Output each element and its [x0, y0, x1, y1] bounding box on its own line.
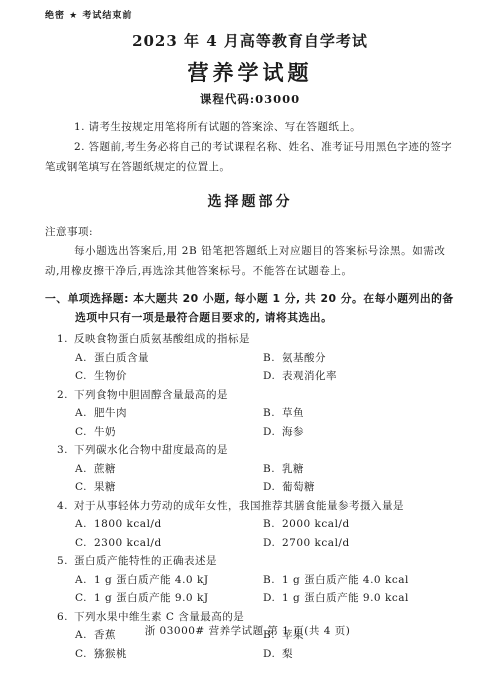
question-number: 5.: [57, 552, 74, 571]
option-grid: A.肥牛肉 B.草鱼 C.牛奶 D.海参: [75, 404, 455, 441]
exam-subject-title: 营养学试题: [45, 57, 455, 87]
option-text: 牛奶: [94, 426, 116, 438]
option-label: D.: [263, 645, 282, 664]
question-stem: 2.下列食物中胆固醇含量最高的是: [57, 386, 455, 405]
option-label: C.: [75, 589, 94, 608]
question-number: 4.: [57, 497, 74, 516]
question-3: 3.下列碳水化合物中甜度最高的是 A.蔗糖 B.乳糖 C.果糖 D.葡萄糖: [45, 441, 455, 497]
option-b: B.草鱼: [263, 404, 455, 423]
option-label: D.: [263, 478, 282, 497]
question-5: 5.蛋白质产能特性的正确表述是 A.1 g 蛋白质产能 4.0 kJ B.1 g…: [45, 552, 455, 608]
option-text: 生物价: [94, 370, 127, 382]
option-label: C.: [75, 534, 94, 553]
option-c: C.果糖: [75, 478, 263, 497]
option-text: 蛋白质含量: [94, 352, 149, 364]
option-c: C.2300 kcal/d: [75, 534, 263, 553]
question-text: 蛋白质产能特性的正确表述是: [74, 555, 217, 567]
question-number: 1.: [57, 330, 74, 349]
option-label: C.: [75, 478, 94, 497]
question-4: 4.对于从事轻体力劳动的成年女性，我国推荐其膳食能量参考摄入量是 A.1800 …: [45, 497, 455, 553]
question-number: 3.: [57, 441, 74, 460]
option-grid: A.1 g 蛋白质产能 4.0 kJ B.1 g 蛋白质产能 4.0 kcal …: [75, 571, 455, 608]
option-a: A.肥牛肉: [75, 404, 263, 423]
option-label: C.: [75, 423, 94, 442]
page-footer: 浙 03000# 营养学试题 第 1 页(共 4 页): [0, 623, 495, 638]
option-text: 猕猴桃: [94, 648, 127, 660]
question-list: 1.反映食物蛋白质氨基酸组成的指标是 A.蛋白质含量 B.氨基酸分 C.生物价 …: [45, 330, 455, 663]
question-stem: 4.对于从事轻体力劳动的成年女性，我国推荐其膳食能量参考摄入量是: [57, 497, 455, 516]
part1-heading: 一、单项选择题: 本大题共 20 小题, 每小题 1 分, 共 20 分。在每小…: [45, 290, 455, 327]
option-label: C.: [75, 367, 94, 386]
question-stem: 5.蛋白质产能特性的正确表述是: [57, 552, 455, 571]
option-label: C.: [75, 645, 94, 664]
option-label: A.: [75, 349, 94, 368]
question-number: 2.: [57, 386, 74, 405]
option-d: D.2700 kcal/d: [263, 534, 455, 553]
option-b: B.1 g 蛋白质产能 4.0 kcal: [263, 571, 455, 590]
option-label: A.: [75, 515, 94, 534]
option-text: 2700 kcal/d: [282, 537, 350, 549]
option-label: B.: [263, 460, 282, 479]
exam-paper-page: 绝密 ★ 考试结束前 2023 年 4 月高等教育自学考试 营养学试题 课程代码…: [0, 0, 495, 686]
option-label: B.: [263, 349, 282, 368]
option-a: A.蔗糖: [75, 460, 263, 479]
question-stem: 1.反映食物蛋白质氨基酸组成的指标是: [57, 330, 455, 349]
option-text: 海参: [282, 426, 304, 438]
option-label: B.: [263, 404, 282, 423]
selection-section-title: 选择题部分: [45, 191, 455, 211]
option-b: B.乳糖: [263, 460, 455, 479]
option-grid: A.蛋白质含量 B.氨基酸分 C.生物价 D.表观消化率: [75, 349, 455, 386]
option-c: C.牛奶: [75, 423, 263, 442]
instruction-item-2: 2. 答题前,考生务必将自己的考试课程名称、姓名、准考证号用黑色字迹的签字笔或钢…: [45, 137, 455, 177]
question-2: 2.下列食物中胆固醇含量最高的是 A.肥牛肉 B.草鱼 C.牛奶 D.海参: [45, 386, 455, 442]
option-text: 表观消化率: [282, 370, 337, 382]
question-text: 对于从事轻体力劳动的成年女性，我国推荐其膳食能量参考摄入量是: [74, 500, 404, 512]
instruction-item-1: 1. 请考生按规定用笔将所有试题的答案涂、写在答题纸上。: [45, 117, 455, 137]
option-text: 果糖: [94, 481, 116, 493]
question-text: 下列食物中胆固醇含量最高的是: [74, 389, 228, 401]
question-text: 下列水果中维生素 C 含量最高的是: [74, 611, 244, 623]
option-d: D.梨: [263, 645, 455, 664]
question-text: 反映食物蛋白质氨基酸组成的指标是: [74, 333, 250, 345]
option-label: D.: [263, 589, 282, 608]
option-text: 1 g 蛋白质产能 4.0 kJ: [94, 574, 209, 586]
notice-text: 每小题选出答案后,用 2B 铅笔把答题纸上对应题目的答案标号涂黑。如需改动,用橡…: [45, 241, 455, 281]
course-code: 课程代码:03000: [45, 91, 455, 107]
option-d: D.葡萄糖: [263, 478, 455, 497]
option-b: B.2000 kcal/d: [263, 515, 455, 534]
option-c: C.猕猴桃: [75, 645, 263, 664]
exam-session-title: 2023 年 4 月高等教育自学考试: [45, 30, 455, 51]
option-grid: A.1800 kcal/d B.2000 kcal/d C.2300 kcal/…: [75, 515, 455, 552]
option-label: B.: [263, 515, 282, 534]
option-text: 2000 kcal/d: [282, 518, 350, 530]
option-label: D.: [263, 367, 282, 386]
option-text: 肥牛肉: [94, 407, 127, 419]
option-label: D.: [263, 423, 282, 442]
option-text: 1 g 蛋白质产能 9.0 kcal: [282, 592, 409, 604]
option-text: 葡萄糖: [282, 481, 315, 493]
option-text: 梨: [282, 648, 293, 660]
option-text: 1 g 蛋白质产能 9.0 kJ: [94, 592, 209, 604]
option-text: 草鱼: [282, 407, 304, 419]
option-text: 2300 kcal/d: [94, 537, 162, 549]
option-a: A.1800 kcal/d: [75, 515, 263, 534]
option-text: 乳糖: [282, 463, 304, 475]
option-d: D.海参: [263, 423, 455, 442]
option-b: B.氨基酸分: [263, 349, 455, 368]
option-text: 1 g 蛋白质产能 4.0 kcal: [282, 574, 409, 586]
option-c: C.生物价: [75, 367, 263, 386]
option-text: 氨基酸分: [282, 352, 326, 364]
option-a: A.1 g 蛋白质产能 4.0 kJ: [75, 571, 263, 590]
option-label: D.: [263, 534, 282, 553]
option-grid: A.蔗糖 B.乳糖 C.果糖 D.葡萄糖: [75, 460, 455, 497]
option-label: A.: [75, 404, 94, 423]
notice-label: 注意事项:: [45, 224, 455, 239]
question-text: 下列碳水化合物中甜度最高的是: [74, 444, 228, 456]
option-a: A.蛋白质含量: [75, 349, 263, 368]
question-stem: 3.下列碳水化合物中甜度最高的是: [57, 441, 455, 460]
secrecy-banner: 绝密 ★ 考试结束前: [45, 8, 455, 21]
question-1: 1.反映食物蛋白质氨基酸组成的指标是 A.蛋白质含量 B.氨基酸分 C.生物价 …: [45, 330, 455, 386]
option-text: 蔗糖: [94, 463, 116, 475]
option-d: D.1 g 蛋白质产能 9.0 kcal: [263, 589, 455, 608]
option-c: C.1 g 蛋白质产能 9.0 kJ: [75, 589, 263, 608]
option-label: A.: [75, 460, 94, 479]
general-instructions: 1. 请考生按规定用笔将所有试题的答案涂、写在答题纸上。 2. 答题前,考生务必…: [45, 117, 455, 177]
option-label: A.: [75, 571, 94, 590]
option-label: B.: [263, 571, 282, 590]
option-d: D.表观消化率: [263, 367, 455, 386]
option-text: 1800 kcal/d: [94, 518, 162, 530]
